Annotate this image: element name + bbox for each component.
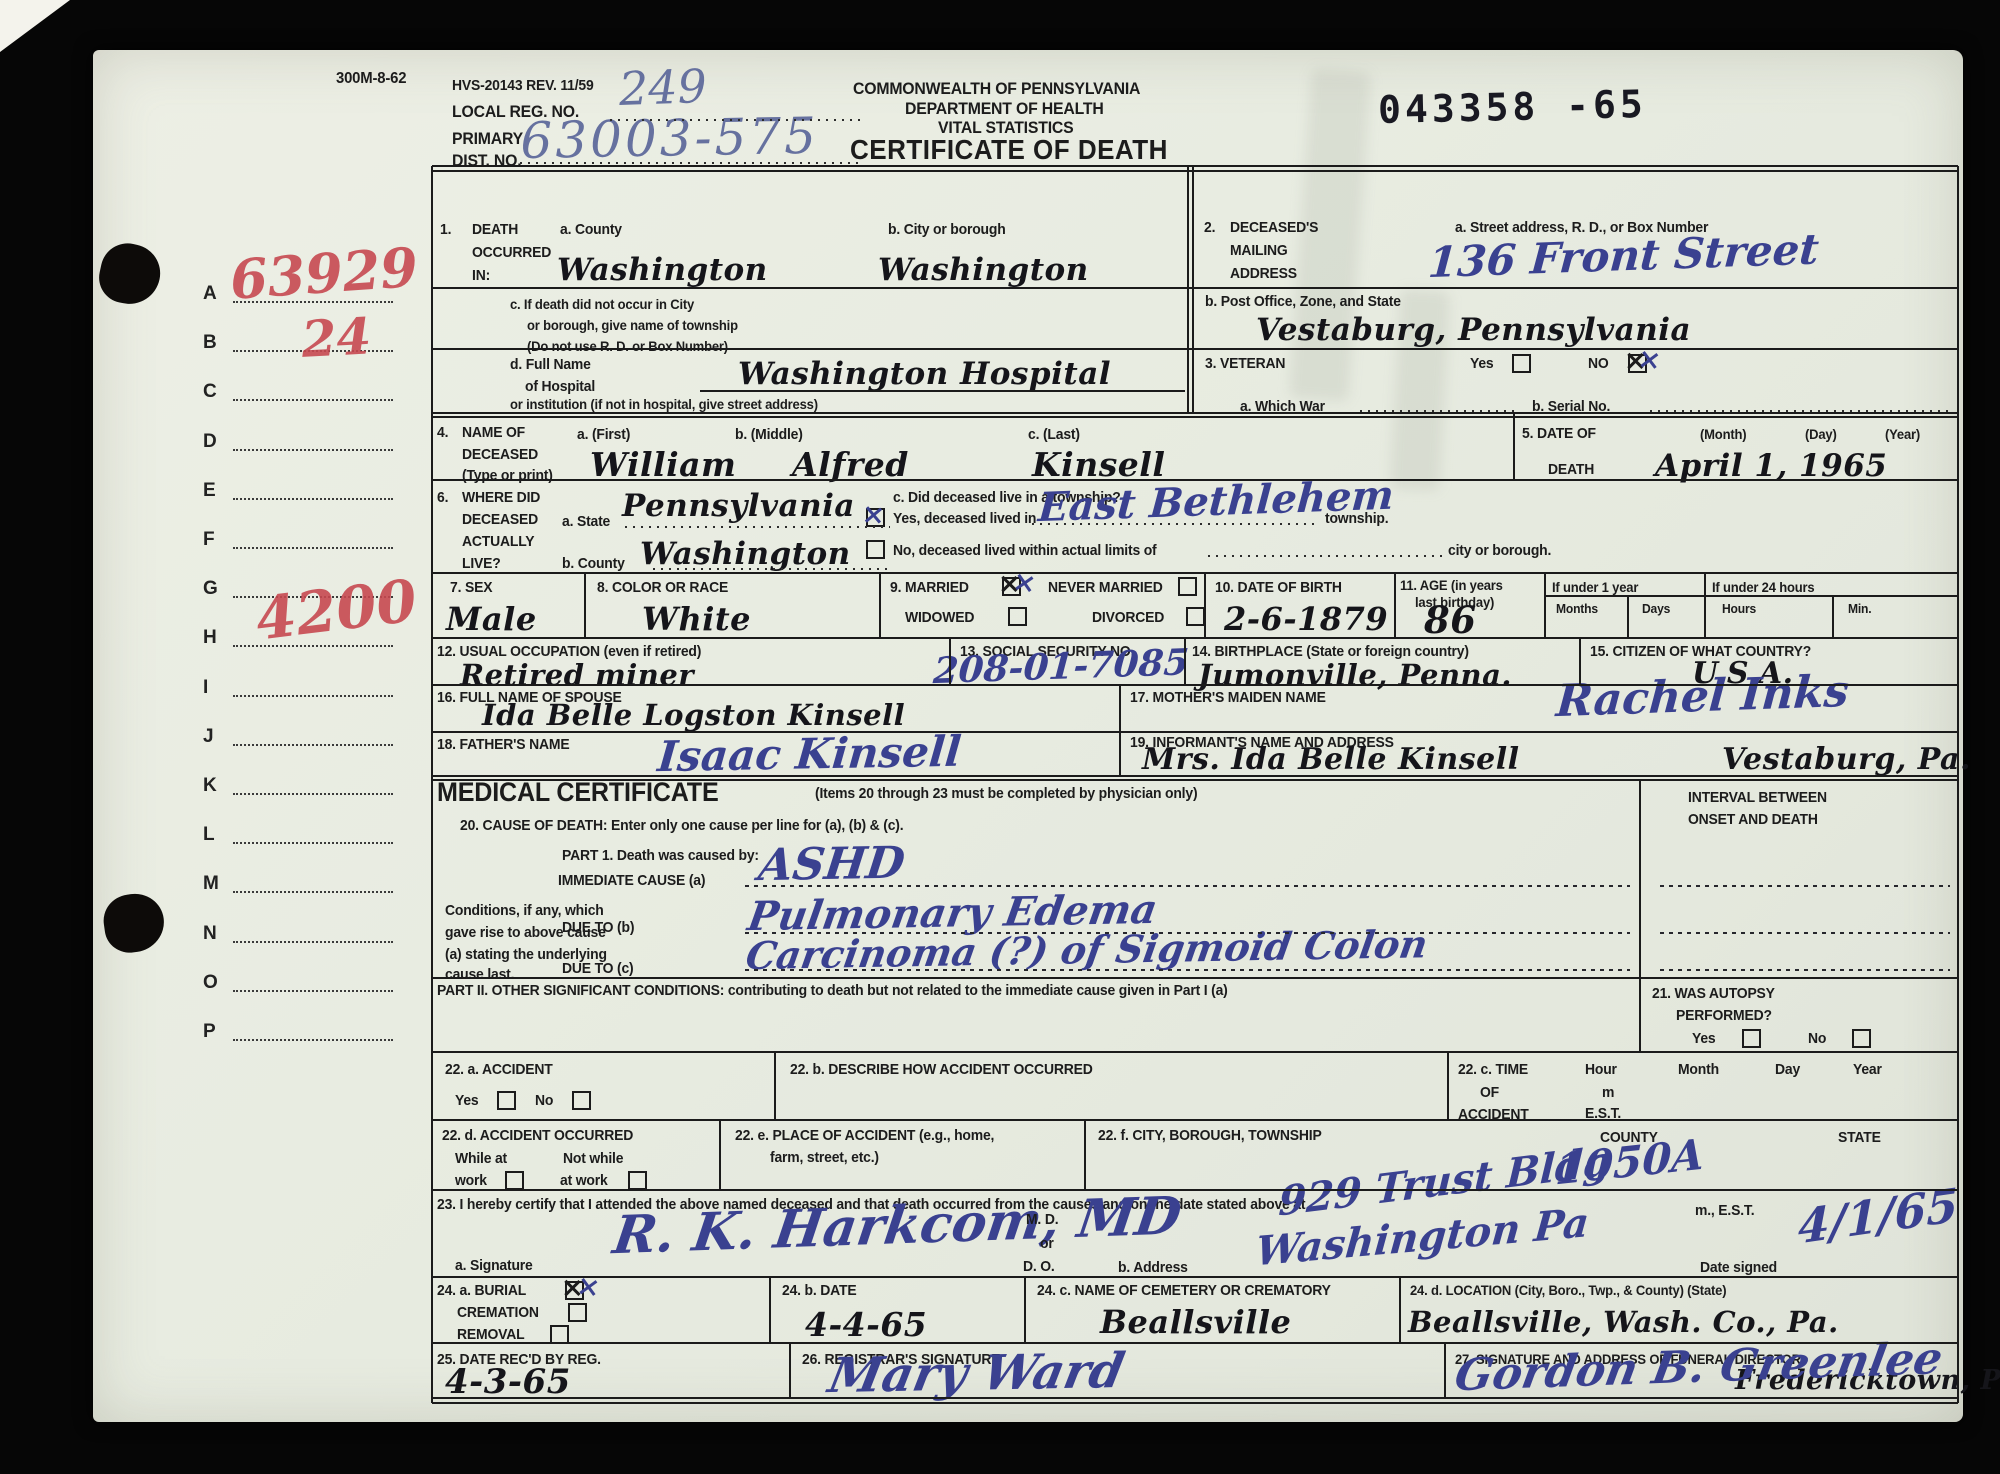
medical-subtitle: (Items 20 through 23 must be completed b…	[815, 786, 1197, 803]
s21-yes-checkbox	[1742, 1029, 1761, 1048]
s21-yes-label: Yes	[1692, 1031, 1715, 1048]
certificate-serial-stamp: 043358 -65	[1378, 82, 1648, 132]
ledger-row-J: J	[203, 726, 393, 750]
s6-county-value: Washington	[640, 536, 851, 572]
ledger-letter: G	[203, 578, 218, 599]
s22-while1: While at	[455, 1151, 507, 1168]
s1-d-label2: of Hospital	[525, 379, 595, 396]
s6-county-label: b. County	[562, 556, 625, 573]
s11-months-label: Months	[1556, 602, 1598, 616]
ledger-dotted-line	[233, 695, 393, 697]
s17-maiden-name-value: Rachel Inks	[1554, 666, 1850, 727]
ledger-row-P: P	[203, 1021, 393, 1045]
primary-dist-value: 63003-575	[520, 107, 819, 170]
s9-never-checkbox	[1178, 577, 1197, 596]
s24-removal-checkbox	[550, 1325, 569, 1344]
s1-hospital-value: Washington Hospital	[738, 356, 1111, 392]
commonwealth-line: COMMONWEALTH OF PENNSYLVANIA	[853, 80, 1140, 99]
s3-yes-label: Yes	[1470, 356, 1493, 373]
s19-informant-value: Mrs. Ida Belle Kinsell	[1142, 742, 1520, 777]
s20-immediate-label: IMMEDIATE CAUSE (a)	[558, 873, 705, 890]
s3-serial-label: b. Serial No.	[1532, 399, 1610, 416]
s9-never-label: NEVER MARRIED	[1048, 580, 1163, 597]
s17-label: 17. MOTHER'S MAIDEN NAME	[1130, 690, 1326, 707]
s1-c-note2: or borough, give name of township	[527, 318, 738, 333]
ledger-dotted-line	[233, 1039, 393, 1041]
ledger-dotted-line	[233, 793, 393, 795]
s1-city-value: Washington	[878, 252, 1089, 288]
ledger-dotted-line	[233, 744, 393, 746]
s22-year-label: Year	[1853, 1062, 1882, 1079]
s11-age-value: 86	[1424, 598, 1477, 642]
s18-label: 18. FATHER'S NAME	[437, 737, 569, 754]
ledger-dotted-line	[233, 547, 393, 549]
s20-due-b-label: DUE TO (b)	[562, 920, 634, 937]
s22-a-yes-checkbox	[497, 1091, 516, 1110]
ledger-letter: B	[203, 332, 217, 353]
s1-county-value: Washington	[557, 252, 768, 288]
ledger-row-L: L	[203, 824, 393, 848]
s22-notwhile2: at work	[560, 1173, 608, 1190]
ledger-letter: E	[203, 480, 216, 501]
dist-no-label: DIST. NO.	[452, 152, 521, 171]
s4-number: 4.	[437, 425, 448, 442]
s4-middle-label: b. (Middle)	[735, 427, 803, 444]
ledger-row-N: N	[203, 923, 393, 947]
s4-last-value: Kinsell	[1032, 445, 1165, 484]
s14-birthplace-value: Jumonville, Penna.	[1198, 658, 1512, 692]
s6-state-value: Pennsylvania	[622, 488, 855, 524]
s9-widowed-checkbox	[1008, 607, 1027, 626]
s23-address-label: b. Address	[1118, 1260, 1188, 1277]
medical-title: MEDICAL CERTIFICATE	[437, 778, 719, 808]
s5-date-of-death-value: April 1, 1965	[1655, 448, 1887, 484]
s24-burial-label: 24. a. BURIAL	[437, 1283, 526, 1300]
s24-cemetery-label: 24. c. NAME OF CEMETERY OR CREMATORY	[1037, 1283, 1331, 1300]
s11-under1-label: If under 1 year	[1552, 580, 1638, 595]
ledger-row-M: M	[203, 873, 393, 897]
s26-registrar-signature: Mary Ward	[824, 1343, 1129, 1404]
s23-date-signed-label: Date signed	[1700, 1260, 1777, 1277]
ledger-letter: L	[203, 824, 215, 845]
certificate-title: CERTIFICATE OF DEATH	[850, 135, 1168, 166]
s9-married-ink-x	[1015, 573, 1034, 594]
s6-state-label: a. State	[562, 514, 610, 531]
ledger-letter: M	[203, 873, 219, 894]
s3-label: 3. VETERAN	[1205, 356, 1285, 373]
s24-location-value: Beallsville, Wash. Co., Pa.	[1408, 1305, 1839, 1339]
s1-line3: IN:	[472, 268, 490, 285]
s21-label2: PERFORMED?	[1676, 1008, 1772, 1025]
ledger-letter: P	[203, 1021, 216, 1042]
margin-print-code: 300M-8-62	[336, 70, 406, 88]
ledger-letter: F	[203, 529, 215, 550]
s6-line1: WHERE DID	[462, 490, 540, 507]
s9-divorced-label: DIVORCED	[1092, 610, 1164, 627]
s22-est-label: E.S.T.	[1585, 1106, 1621, 1123]
s2-po-value: Vestaburg, Pennsylvania	[1256, 312, 1691, 348]
s1-c-note1: c. If death did not occur in City	[510, 297, 694, 312]
s22-d-label: 22. d. ACCIDENT OCCURRED	[442, 1128, 633, 1145]
s10-label: 10. DATE OF BIRTH	[1215, 580, 1342, 597]
s6-no-text: No, deceased lived within actual limits …	[893, 543, 1157, 560]
s20-label: 20. CAUSE OF DEATH: Enter only one cause…	[460, 818, 903, 835]
s7-label: 7. SEX	[450, 580, 492, 597]
s22-month-label: Month	[1678, 1062, 1719, 1079]
s5-day-label: (Day)	[1805, 427, 1837, 442]
ledger-letter: O	[203, 972, 218, 993]
s12-occupation-value: Retired miner	[460, 658, 694, 692]
s23-m-est: m., E.S.T.	[1695, 1203, 1754, 1220]
s23-do-label: D. O.	[1023, 1259, 1055, 1276]
s20-part1-label: PART 1. Death was caused by:	[562, 848, 759, 865]
s4-last-label: c. (Last)	[1028, 427, 1080, 444]
ledger-dotted-line	[233, 941, 393, 943]
s22-c-label3: ACCIDENT	[1458, 1107, 1529, 1124]
s22-b-label: 22. b. DESCRIBE HOW ACCIDENT OCCURRED	[790, 1062, 1093, 1079]
s5-month-label: (Month)	[1700, 427, 1746, 442]
s4-line2: DECEASED	[462, 447, 538, 464]
s18-father-value: Isaac Kinsell	[656, 727, 963, 781]
s6-yes-ink-x	[864, 505, 882, 524]
s24-cremation-checkbox	[568, 1303, 587, 1322]
s24-cremation-label: CREMATION	[457, 1305, 539, 1322]
s20-cause-a-value: ASHD	[756, 837, 908, 891]
s22-work-checkbox	[505, 1171, 524, 1190]
s5-line1: 5. DATE OF	[1522, 426, 1596, 443]
s4-first-label: a. (First)	[577, 427, 630, 444]
s20-due-c-label: DUE TO (c)	[562, 961, 634, 978]
s6-line4: LIVE?	[462, 556, 501, 573]
ledger-letter: K	[203, 775, 217, 796]
s2-line2: MAILING	[1230, 243, 1288, 260]
s23-or-label: or	[1040, 1236, 1054, 1253]
s7-sex-value: Male	[446, 600, 537, 638]
s22-while2: work	[455, 1173, 487, 1190]
s9-divorced-checkbox	[1186, 607, 1205, 626]
s22-a-label: 22. a. ACCIDENT	[445, 1062, 553, 1079]
ledger-letter: J	[203, 726, 214, 747]
s25-date-received-value: 4-3-65	[445, 1362, 571, 1402]
s6-no-suffix: city or borough.	[1448, 543, 1551, 560]
s6-yes-text: Yes, deceased lived in	[893, 511, 1036, 528]
s3-no-ink-x	[1640, 350, 1658, 370]
ledger-letter: I	[203, 677, 208, 698]
s11-label1: 11. AGE (in years	[1400, 578, 1503, 593]
s22-notwork-checkbox	[628, 1171, 647, 1190]
s11-min-label: Min.	[1848, 602, 1871, 616]
s2-number: 2.	[1204, 220, 1215, 237]
ledger-row-F: F	[203, 529, 393, 553]
s1-county-label: a. County	[560, 222, 622, 239]
s5-line2: DEATH	[1548, 462, 1594, 479]
s4-first-value: William	[590, 445, 736, 484]
s1-line2: OCCURRED	[472, 245, 551, 262]
s11-days-label: Days	[1642, 602, 1670, 616]
s22-state-label: STATE	[1838, 1130, 1881, 1147]
s22-a-yes: Yes	[455, 1093, 478, 1110]
ledger-dotted-line	[233, 498, 393, 500]
s10-birth-date-value: 2-6-1879	[1224, 600, 1388, 638]
scanner-background-sliver	[0, 0, 70, 52]
s24-removal-label: REMOVAL	[457, 1327, 524, 1344]
department-line: DEPARTMENT OF HEALTH	[905, 100, 1104, 119]
interval-label2: ONSET AND DEATH	[1688, 812, 1818, 829]
s22-c-label1: 22. c. TIME	[1458, 1062, 1528, 1079]
s11-under24-label: If under 24 hours	[1712, 580, 1814, 595]
s6-line3: ACTUALLY	[462, 534, 534, 551]
s21-no-label: No	[1808, 1031, 1826, 1048]
scanned-death-certificate: 300M-8-62 ABCDEFGHIJKLMNOP 63929 24 4200…	[0, 0, 2000, 1474]
s2-po-label: b. Post Office, Zone, and State	[1205, 294, 1401, 311]
ledger-dotted-line	[233, 891, 393, 893]
ledger-row-D: D	[203, 431, 393, 455]
s22-f-label: 22. f. CITY, BOROUGH, TOWNSHIP	[1098, 1128, 1322, 1145]
s1-number: 1.	[440, 222, 451, 239]
s19-informant-value2: Vestaburg, Pa.	[1722, 742, 1971, 777]
red-ledger-number-top: 63929	[228, 235, 420, 312]
s3-no-label: NO	[1588, 356, 1609, 373]
s11-hours-label: Hours	[1722, 602, 1756, 616]
s4-middle-value: Alfred	[792, 445, 909, 484]
ledger-letter: D	[203, 431, 217, 452]
ledger-letter: A	[203, 283, 217, 304]
s22-a-no: No	[535, 1093, 553, 1110]
s24-date-label: 24. b. DATE	[782, 1283, 856, 1300]
s4-line3: (Type or print)	[462, 468, 553, 485]
s1-c-note3: (Do not use R. D. or Box Number)	[527, 339, 728, 354]
ledger-row-K: K	[203, 775, 393, 799]
s23-signature-label: a. Signature	[455, 1258, 533, 1275]
s9-married-label: 9. MARRIED	[890, 580, 969, 597]
s22-e-label1: 22. e. PLACE OF ACCIDENT (e.g., home,	[735, 1128, 994, 1145]
s22-a-no-checkbox	[572, 1091, 591, 1110]
s21-label1: 21. WAS AUTOPSY	[1652, 986, 1775, 1003]
ledger-dotted-line	[233, 990, 393, 992]
ledger-row-E: E	[203, 480, 393, 504]
s22-day-label: Day	[1775, 1062, 1800, 1079]
s9-widowed-label: WIDOWED	[905, 610, 974, 627]
s6-line2: DECEASED	[462, 512, 538, 529]
s1-city-label: b. City or borough	[888, 222, 1006, 239]
ledger-row-I: I	[203, 677, 393, 701]
s22-c-label2: OF	[1480, 1085, 1499, 1102]
s24-location-label: 24. d. LOCATION (City, Boro., Twp., & Co…	[1410, 1283, 1726, 1298]
ledger-letter: H	[203, 627, 217, 648]
s24-burial-date-value: 4-4-65	[805, 1305, 927, 1344]
ledger-row-O: O	[203, 972, 393, 996]
s3-war-label: a. Which War	[1240, 399, 1325, 416]
s2-line1: DECEASED'S	[1230, 220, 1318, 237]
s6-no-checkbox	[866, 540, 885, 559]
primary-label: PRIMARY	[452, 130, 523, 149]
s23-md-label: M. D.	[1026, 1212, 1058, 1229]
ledger-dotted-line	[233, 842, 393, 844]
s3-yes-checkbox	[1512, 354, 1531, 373]
s8-label: 8. COLOR OR RACE	[597, 580, 728, 597]
ledger-dotted-line	[233, 399, 393, 401]
s5-year-label: (Year)	[1885, 427, 1920, 442]
s8-race-value: White	[642, 600, 751, 638]
part2-label: PART II. OTHER SIGNIFICANT CONDITIONS: c…	[437, 983, 1228, 1000]
s22-e-label2: farm, street, etc.)	[770, 1150, 879, 1167]
s2-line3: ADDRESS	[1230, 266, 1297, 283]
s21-no-checkbox	[1852, 1029, 1871, 1048]
s1-d-label1: d. Full Name	[510, 357, 591, 374]
red-ledger-number-second: 24	[300, 306, 373, 369]
s24-burial-ink-x	[579, 1277, 598, 1297]
s20-cond1: Conditions, if any, which	[445, 903, 604, 920]
s16-spouse-value: Ida Belle Logston Kinsell	[482, 698, 905, 732]
ledger-dotted-line	[233, 449, 393, 451]
ledger-letter: N	[203, 923, 217, 944]
local-reg-value: 249	[618, 59, 708, 116]
form-code: HVS-20143 REV. 11/59	[452, 78, 594, 95]
interval-label1: INTERVAL BETWEEN	[1688, 790, 1827, 807]
s6-township-suffix: township.	[1325, 511, 1388, 528]
s4-line1: NAME OF	[462, 425, 525, 442]
s22-hour-label: Hour	[1585, 1062, 1617, 1079]
ledger-letter: C	[203, 381, 217, 402]
s24-cemetery-value: Beallsville	[1100, 1303, 1291, 1341]
s22-m-label: m	[1602, 1085, 1614, 1102]
s6-number: 6.	[437, 490, 448, 507]
s1-d-label3: or institution (if not in hospital, give…	[510, 397, 818, 412]
s1-line1: DEATH	[472, 222, 518, 239]
ledger-row-C: C	[203, 381, 393, 405]
s22-notwhile1: Not while	[563, 1151, 623, 1168]
